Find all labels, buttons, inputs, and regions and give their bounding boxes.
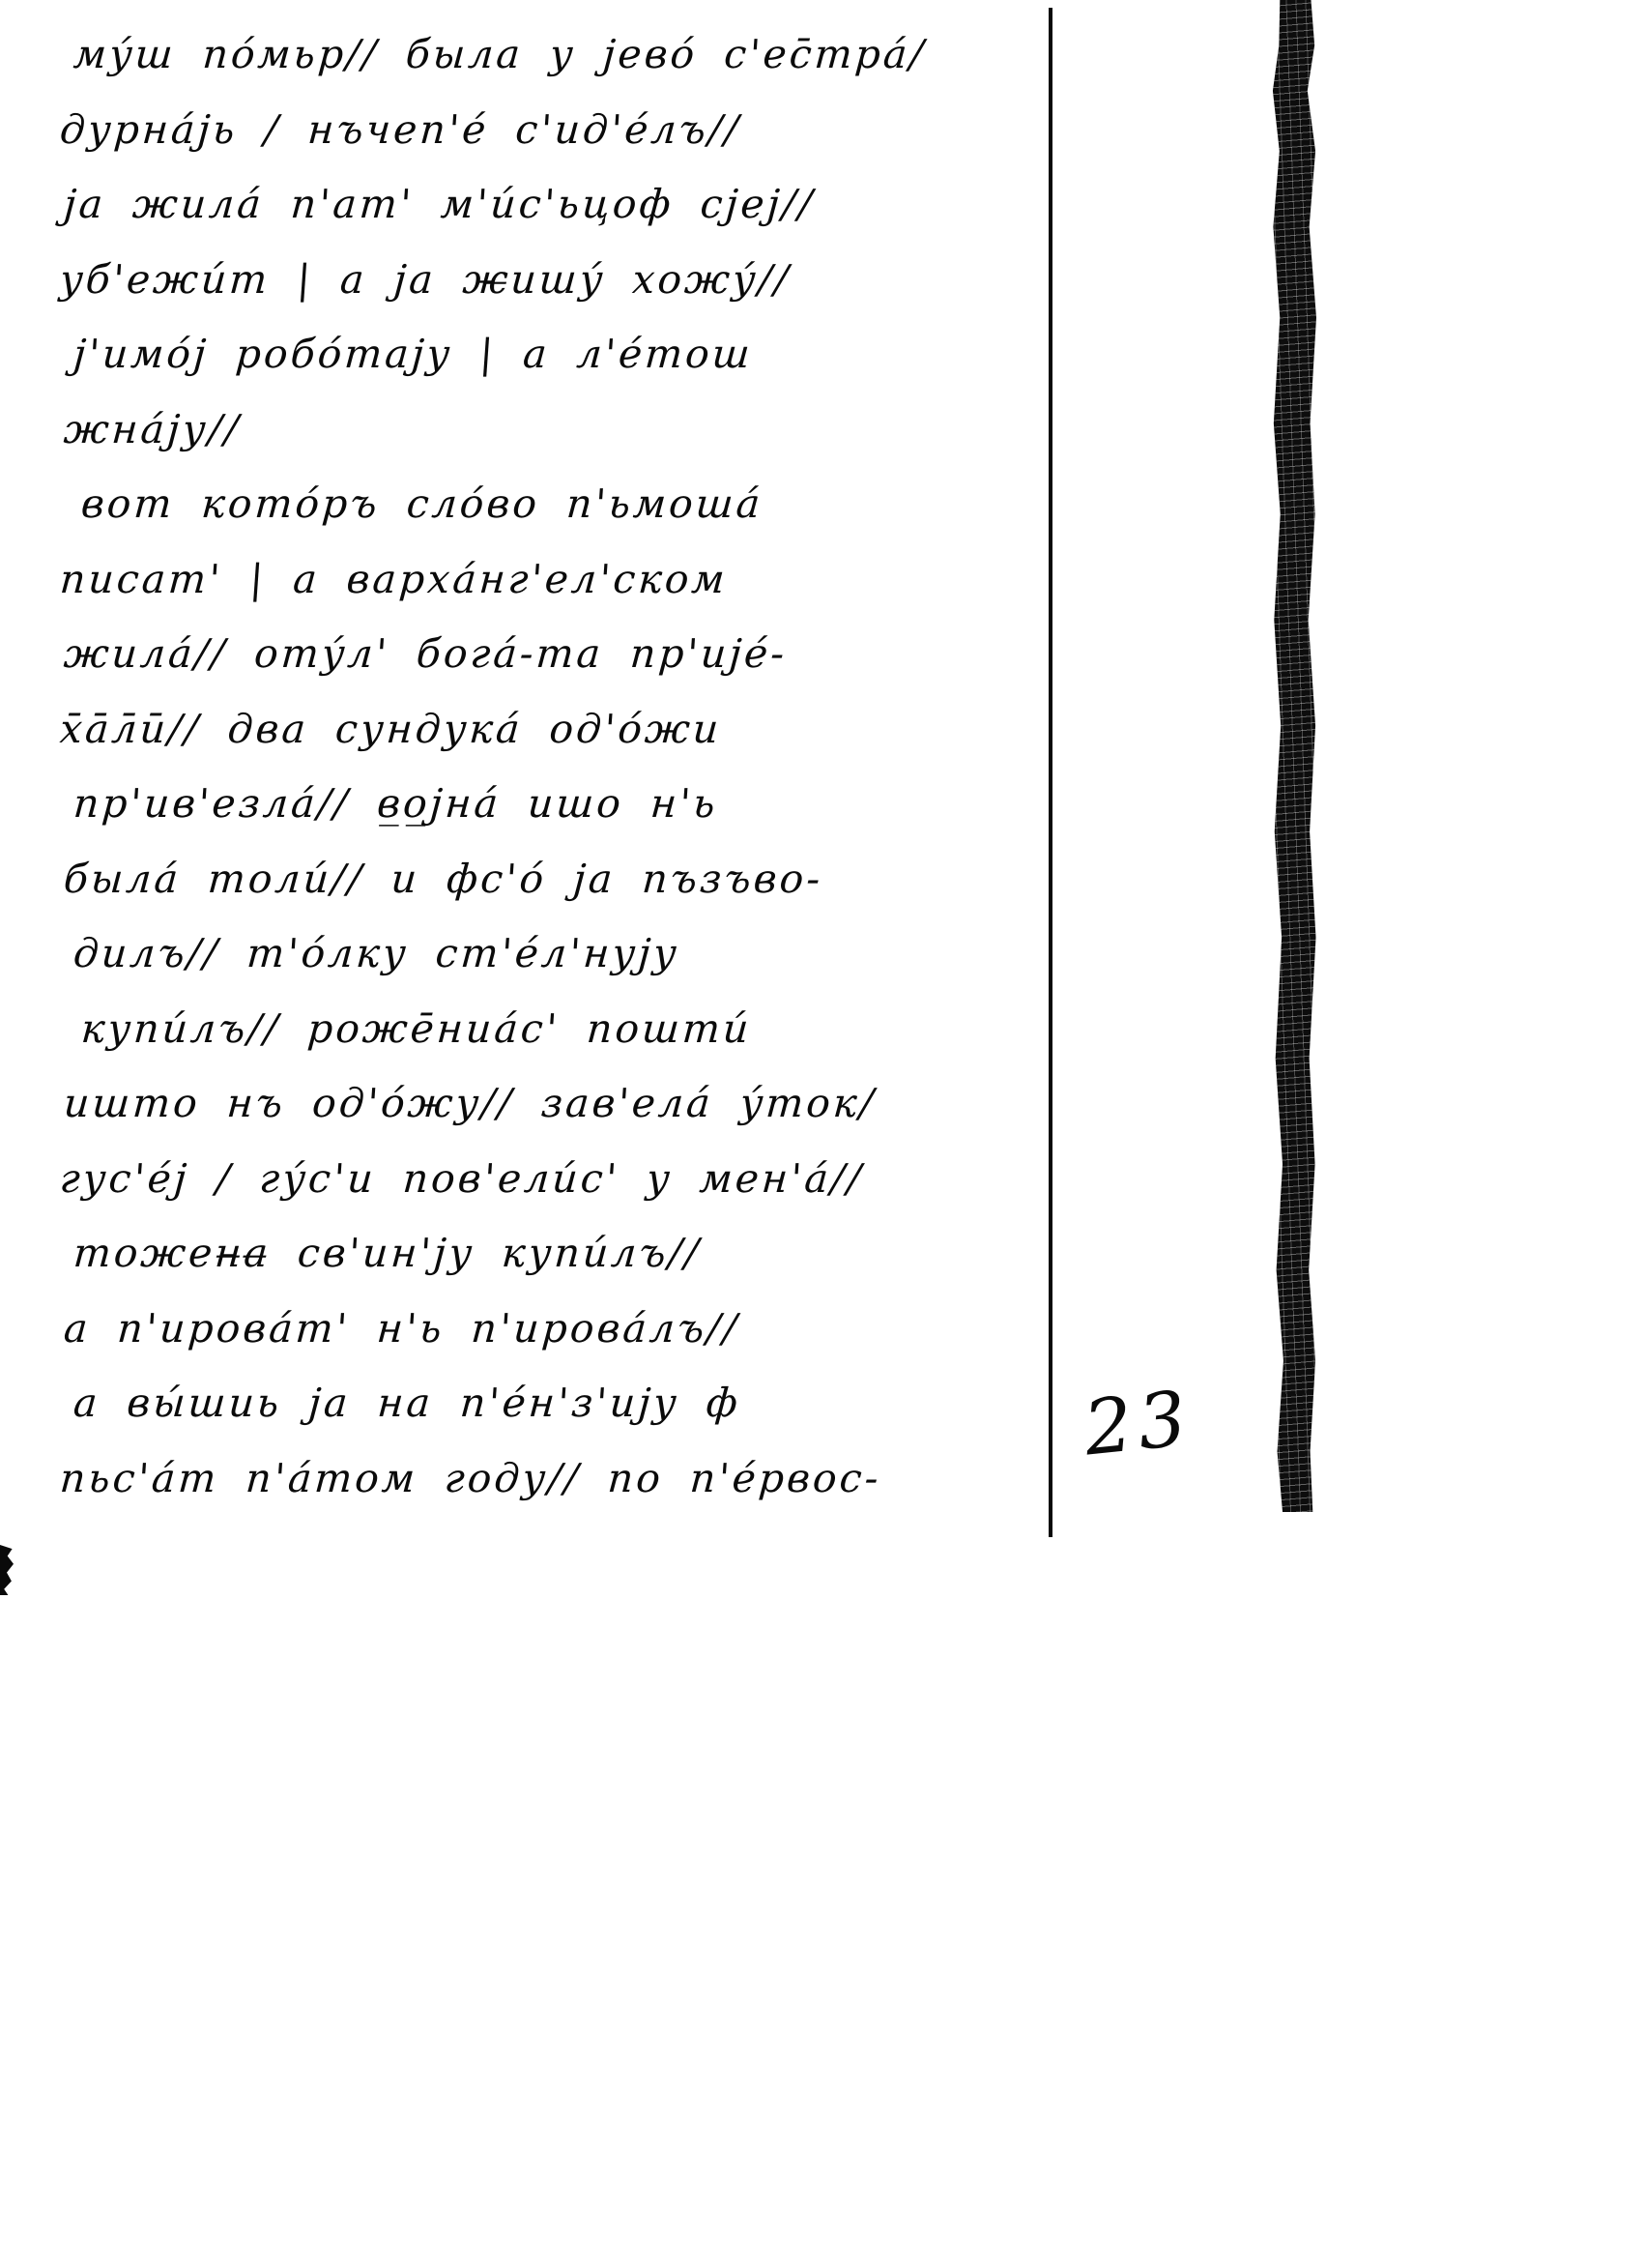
handwritten-line: а вы́шиь ја на п'е́н'з'ију ф bbox=[71, 1366, 1038, 1441]
handwritten-line: дурна́јь / нъчеп'е́ с'ид'е́лъ// bbox=[57, 93, 1038, 168]
handwritten-line: ја жила́ п'ат' м'и́с'ьцоф сјеј// bbox=[61, 167, 1038, 243]
handwritten-line: была́ толи́// и фс'о́ ја пъзъво- bbox=[61, 842, 1038, 917]
handwritten-text-block: му́ш по́мьр// была у јево́ с'ес̄тра́/дур… bbox=[60, 17, 1036, 1516]
handwritten-line: ј'имо́ј робо́тају | а л'е́тош bbox=[71, 317, 1038, 393]
handwritten-line: му́ш по́мьр// была у јево́ с'ес̄тра́/ bbox=[71, 17, 1038, 93]
handwritten-line: тожен̶а̶ св'ин'ју купи́лъ// bbox=[71, 1216, 1038, 1292]
handwritten-line: дилъ// т'о́лку ст'е́л'нују bbox=[71, 916, 1038, 992]
scanned-page: му́ш по́мьр// была у јево́ с'ес̄тра́/дур… bbox=[0, 0, 1643, 2268]
margin-rule-line bbox=[1049, 8, 1052, 1537]
handwritten-line: жна́ју// bbox=[61, 393, 1038, 468]
handwritten-line: ишто нъ од'о́жу// зав'ела́ у́ток/ bbox=[61, 1066, 1038, 1142]
page-number: 23 bbox=[1081, 1375, 1196, 1472]
handwritten-line: пр'ив'езла́// в̲о̲јна́ ишо н'ь bbox=[71, 767, 1038, 842]
scanner-spine-band bbox=[1272, 0, 1316, 1512]
handwritten-line: купи́лъ// роже̄ниа́с' пошти́ bbox=[78, 992, 1038, 1067]
edge-ink-blob bbox=[0, 1545, 14, 1595]
handwritten-line: пьс'а́т п'а́том году// по п'е́рвос- bbox=[57, 1441, 1038, 1517]
handwritten-line: вот кото́ръ сло́во п'ьмоша́ bbox=[78, 467, 1038, 542]
handwritten-line: уб'ежи́т | а ја ж̶ишу́ хожу́// bbox=[57, 243, 1038, 318]
handwritten-line: х̄а̄л̄ӣ// два сундука́ од'о́жи bbox=[57, 692, 1038, 768]
handwritten-line: а п'ирова́т' н'ь п'ирова́лъ// bbox=[61, 1292, 1038, 1367]
handwritten-line: гус'е́ј / гу́с'и пов'ели́с' у мен'а́// bbox=[57, 1142, 1038, 1217]
handwritten-line: писат' | а варха́нг'ел'ском bbox=[57, 542, 1038, 618]
handwritten-line: жила́// оту́л' бога́-та пр'ије́- bbox=[61, 617, 1038, 692]
